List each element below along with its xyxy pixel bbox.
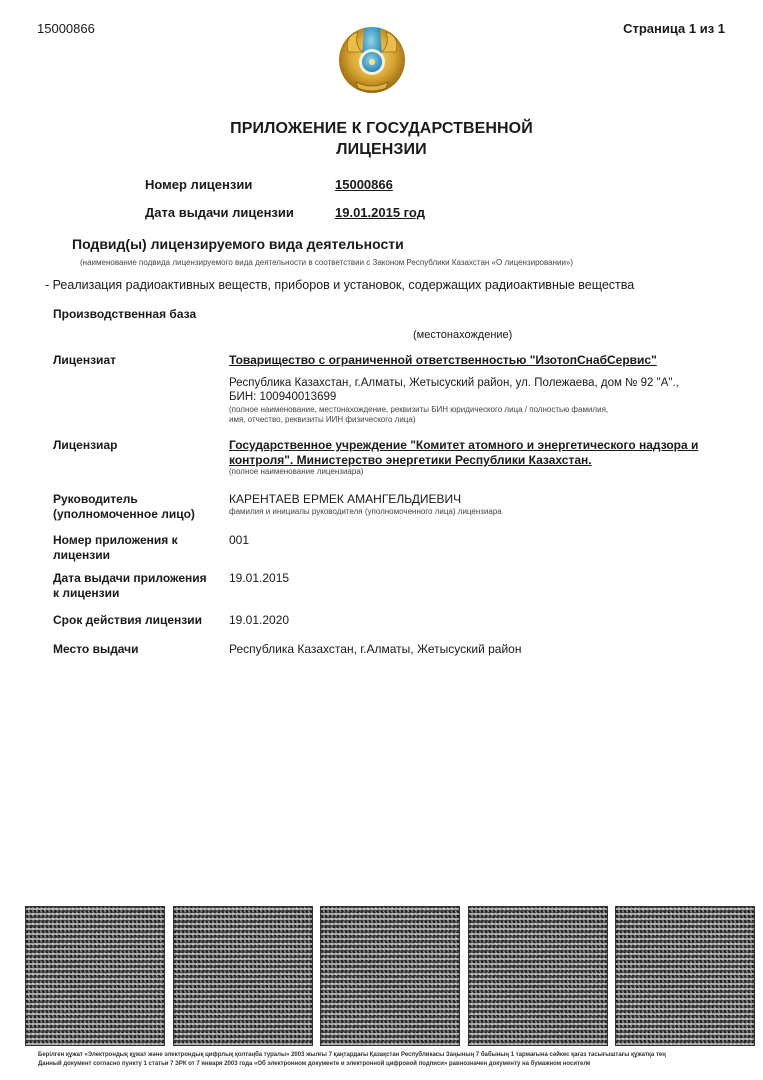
- licensor-label: Лицензиар: [53, 438, 117, 453]
- licensor-name-line-1: Государственное учреждение "Комитет атом…: [229, 438, 698, 453]
- subtype-note: (наименование подвида лицензируемого вид…: [80, 258, 573, 268]
- subtype-item: - Реализация радиоактивных веществ, приб…: [45, 278, 634, 292]
- licensee-name: Товарищество с ограниченной ответственно…: [229, 353, 657, 368]
- licensee-note: (полное наименование, местонахождение, р…: [229, 405, 608, 425]
- head-name: КАРЕНТАЕВ ЕРМЕК АМАНГЕЛЬДИЕВИЧ: [229, 492, 461, 506]
- subtype-heading: Подвид(ы) лицензируемого вида деятельнос…: [72, 236, 404, 252]
- barcode-3: [320, 906, 460, 1046]
- appendix-number-label: Номер приложения к лицензии: [53, 533, 178, 563]
- validity-label: Срок действия лицензии: [53, 613, 202, 628]
- head-label: Руководитель (уполномоченное лицо): [53, 492, 195, 522]
- head-note: фамилия и инициалы руководителя (уполном…: [229, 507, 502, 517]
- production-base-label: Производственная база: [53, 307, 196, 322]
- validity-value: 19.01.2020: [229, 613, 289, 627]
- place-label: Место выдачи: [53, 642, 139, 657]
- barcode-1: [25, 906, 165, 1046]
- head-label-line-2: (уполномоченное лицо): [53, 507, 195, 522]
- appendix-date-value: 19.01.2015: [229, 571, 289, 585]
- appendix-number-label-line-1: Номер приложения к: [53, 533, 178, 548]
- licensee-note-line-2: имя, отчество, реквизиты ИИН физического…: [229, 415, 608, 425]
- footer-line-russian: Данный документ согласно пункту 1 статьи…: [38, 1060, 666, 1069]
- barcode-strip: [25, 906, 755, 1046]
- location-note: (местонахождение): [413, 328, 512, 342]
- appendix-date-label-line-1: Дата выдачи приложения: [53, 571, 207, 586]
- appendix-date-label-line-2: к лицензии: [53, 586, 207, 601]
- document-title: ПРИЛОЖЕНИЕ К ГОСУДАРСТВЕННОЙ ЛИЦЕНЗИИ: [0, 118, 763, 160]
- licensor-name-line-2: контроля". Министерство энергетики Респу…: [229, 453, 698, 468]
- barcode-4: [468, 906, 608, 1046]
- licensee-bin: БИН: 100940013699: [229, 390, 679, 404]
- legal-footer: Берілген құжат «Электрондық құжат және э…: [38, 1051, 666, 1069]
- licensee-address-line-1: Республика Казахстан, г.Алматы, Жетысуск…: [229, 376, 679, 390]
- barcode-5: [615, 906, 755, 1046]
- licensee-label: Лицензиат: [53, 353, 116, 368]
- licensor-name: Государственное учреждение "Комитет атом…: [229, 438, 698, 468]
- license-number-label: Номер лицензии: [145, 177, 252, 192]
- footer-line-kazakh: Берілген құжат «Электрондық құжат және э…: [38, 1051, 666, 1060]
- licensee-address: Республика Казахстан, г.Алматы, Жетысуск…: [229, 376, 679, 404]
- appendix-number-value: 001: [229, 533, 249, 547]
- page-indicator: Страница 1 из 1: [623, 21, 725, 36]
- appendix-date-label: Дата выдачи приложения к лицензии: [53, 571, 207, 601]
- licensor-note: (полное наименование лицензиара): [229, 467, 363, 477]
- appendix-number-label-line-2: лицензии: [53, 548, 178, 563]
- title-line-2: ЛИЦЕНЗИИ: [0, 139, 763, 160]
- license-date-value: 19.01.2015 год: [335, 205, 425, 220]
- barcode-2: [173, 906, 313, 1046]
- license-number-value: 15000866: [335, 177, 393, 192]
- head-label-line-1: Руководитель: [53, 492, 195, 507]
- title-line-1: ПРИЛОЖЕНИЕ К ГОСУДАРСТВЕННОЙ: [0, 118, 763, 139]
- state-emblem-icon: [334, 22, 410, 98]
- licensee-note-line-1: (полное наименование, местонахождение, р…: [229, 405, 608, 415]
- place-value: Республика Казахстан, г.Алматы, Жетысуск…: [229, 642, 521, 656]
- license-date-label: Дата выдачи лицензии: [145, 205, 294, 220]
- document-number: 15000866: [37, 21, 95, 36]
